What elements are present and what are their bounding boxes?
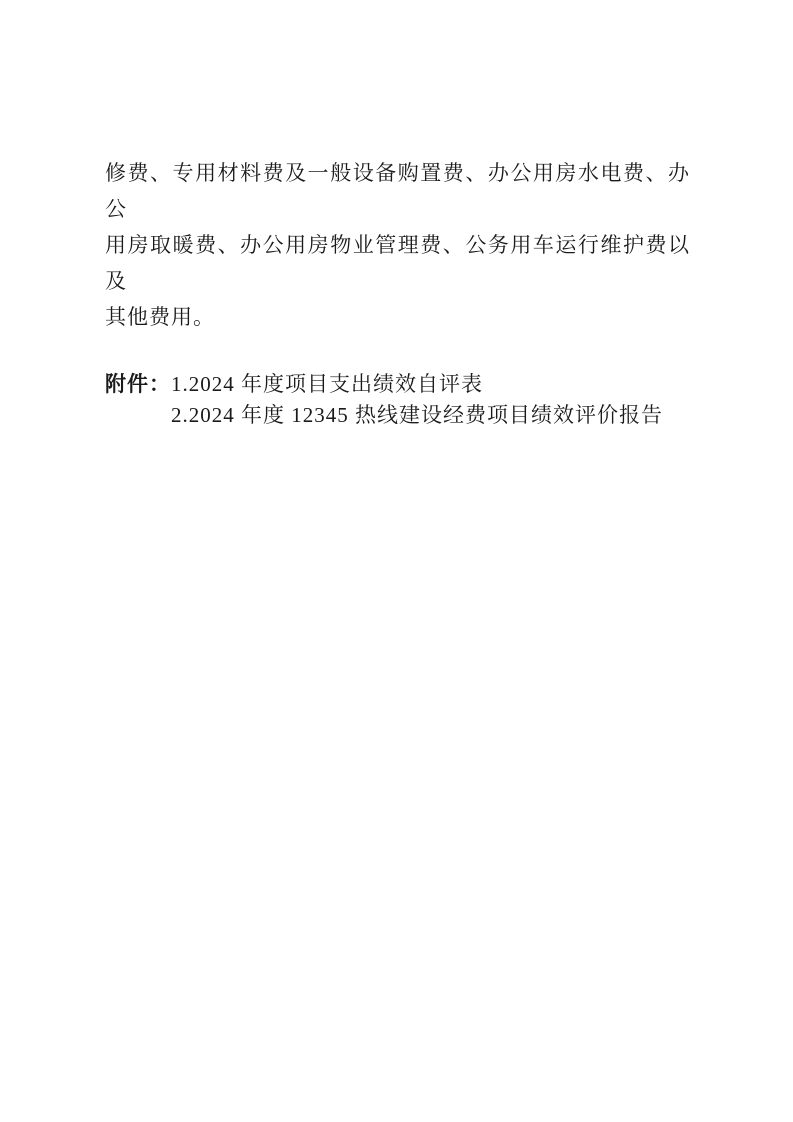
document-content: 修费、专用材料费及一般设备购置费、办公用房水电费、办公 用房取暖费、办公用房物业… — [105, 155, 690, 431]
attachment-label: 附件： — [105, 369, 171, 400]
paragraph-line: 用房取暖费、办公用房物业管理费、公务用车运行维护费以及 — [105, 227, 690, 299]
paragraph-line: 其他费用。 — [105, 299, 690, 335]
document-page: 修费、专用材料费及一般设备购置费、办公用房水电费、办公 用房取暖费、办公用房物业… — [0, 0, 793, 1122]
attachment-section: 附件： 1.2024 年度项目支出绩效自评表 2.2024 年度 12345 热… — [105, 369, 690, 431]
attachment-items: 1.2024 年度项目支出绩效自评表 2.2024 年度 12345 热线建设经… — [171, 369, 690, 431]
attachment-item: 2.2024 年度 12345 热线建设经费项目绩效评价报告 — [171, 400, 690, 431]
attachment-item: 1.2024 年度项目支出绩效自评表 — [171, 369, 690, 400]
body-paragraph: 修费、专用材料费及一般设备购置费、办公用房水电费、办公 用房取暖费、办公用房物业… — [105, 155, 690, 335]
paragraph-line: 修费、专用材料费及一般设备购置费、办公用房水电费、办公 — [105, 155, 690, 227]
